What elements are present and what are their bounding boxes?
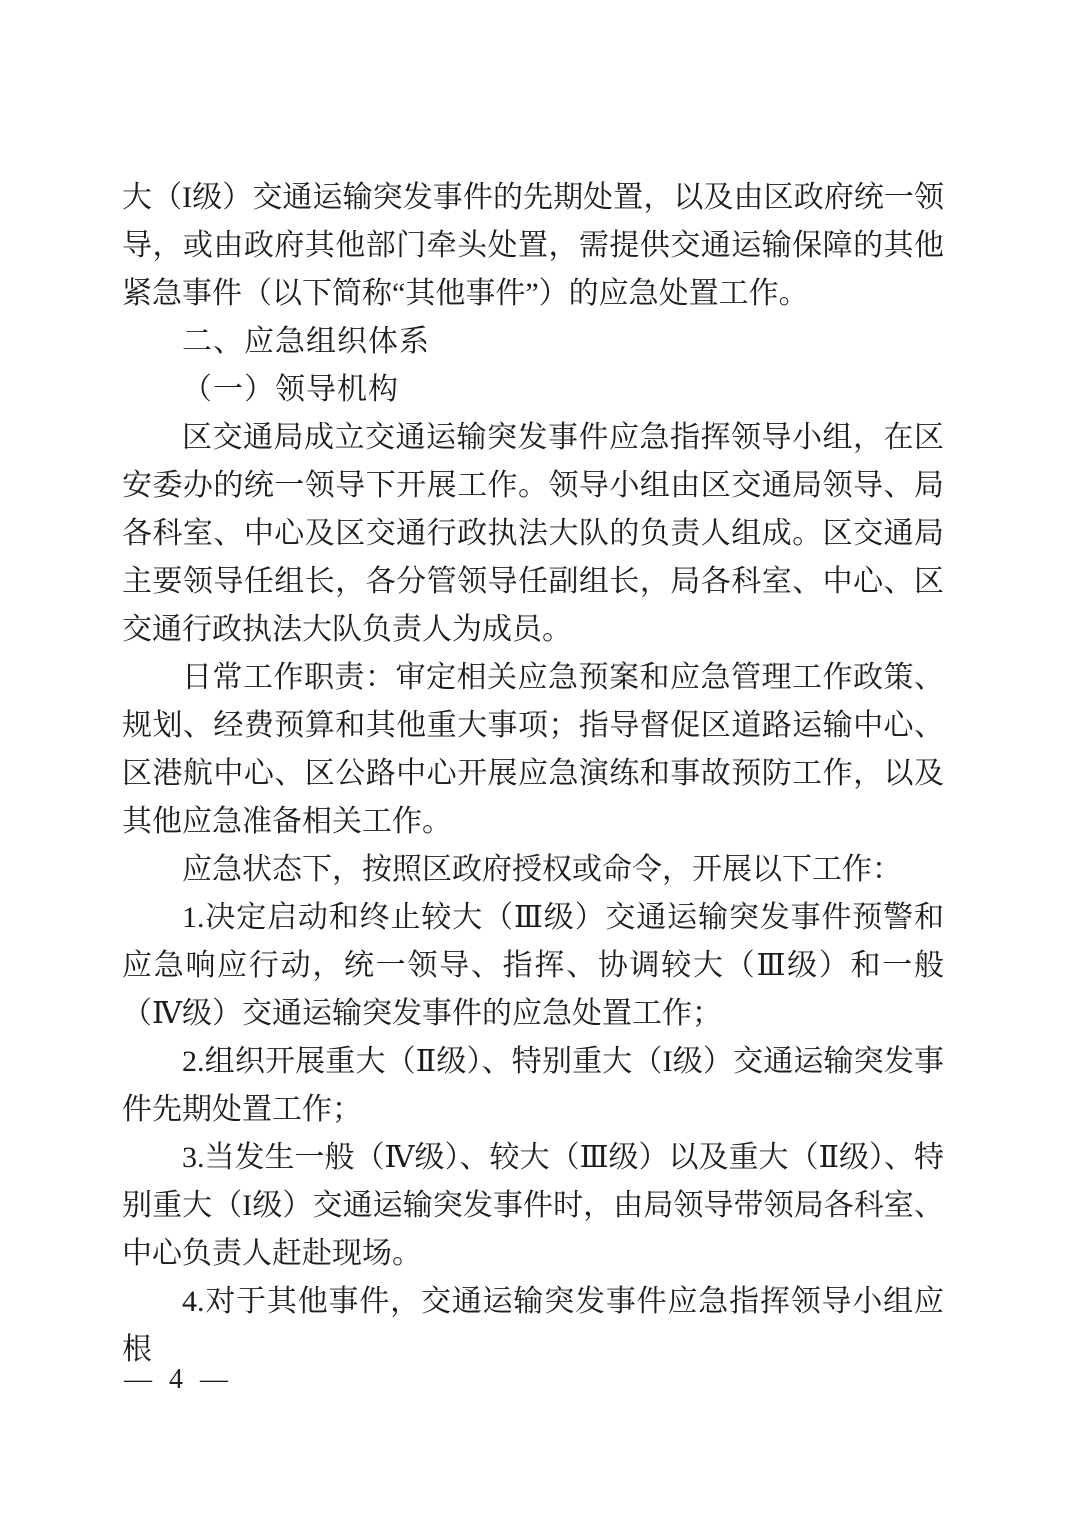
page-number: — 4 — xyxy=(124,1364,233,1396)
section-heading: 二、应急组织体系 xyxy=(122,318,944,366)
list-item-4-partial: 4.对于其他事件，交通运输突发事件应急指挥领导小组应根 xyxy=(122,1278,944,1374)
paragraph-continuation: 大（I级）交通运输突发事件的先期处置，以及由区政府统一领导，或由政府其他部门牵头… xyxy=(122,174,944,318)
subsection-heading: （一）领导机构 xyxy=(122,366,944,414)
document-body: 大（I级）交通运输突发事件的先期处置，以及由区政府统一领导，或由政府其他部门牵头… xyxy=(122,174,944,1374)
paragraph: 应急状态下，按照区政府授权或命令，开展以下工作： xyxy=(122,846,944,894)
paragraph: 区交通局成立交通运输突发事件应急指挥领导小组，在区安委办的统一领导下开展工作。领… xyxy=(122,414,944,654)
paragraph: 日常工作职责：审定相关应急预案和应急管理工作政策、规划、经费预算和其他重大事项；… xyxy=(122,654,944,846)
document-page: 大（I级）交通运输突发事件的先期处置，以及由区政府统一领导，或由政府其他部门牵头… xyxy=(0,0,1074,1520)
list-item-1: 1.决定启动和终止较大（Ⅲ级）交通运输突发事件预警和应急响应行动，统一领导、指挥… xyxy=(122,894,944,1038)
list-item-3: 3.当发生一般（Ⅳ级）、较大（Ⅲ级）以及重大（Ⅱ级）、特别重大（I级）交通运输突… xyxy=(122,1134,944,1278)
list-item-2: 2.组织开展重大（Ⅱ级）、特别重大（I级）交通运输突发事件先期处置工作； xyxy=(122,1038,944,1134)
